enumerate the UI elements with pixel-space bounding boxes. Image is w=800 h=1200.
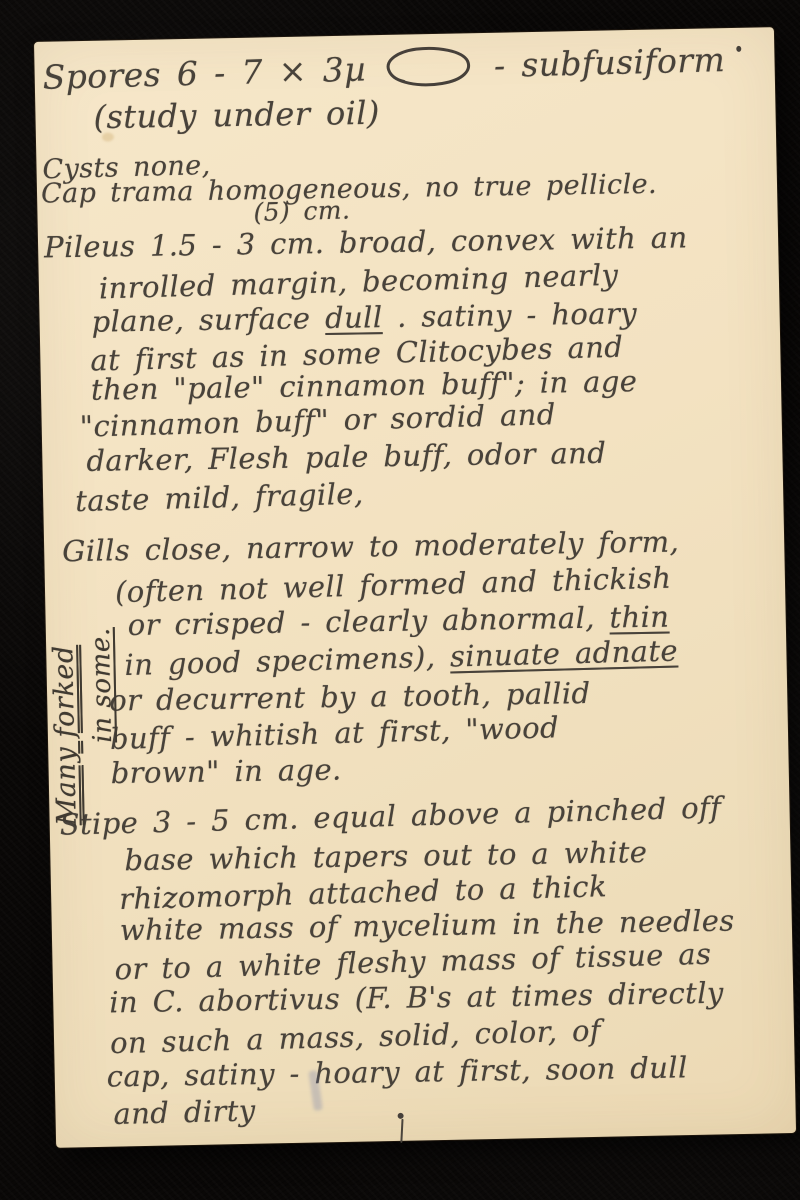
line-text: . satiny - hoary [382, 296, 637, 334]
spore-outline-sketch [379, 42, 480, 91]
handwritten-line: buff - whitish at first, "wood [110, 710, 560, 756]
handwritten-line: then "pale" cinnamon buff"; in age [91, 364, 638, 407]
underlined-word: sinuate adnate [450, 634, 679, 674]
line-text: plane, surface [91, 301, 325, 339]
ink-dot [736, 46, 741, 52]
spore-shape-label: - subfusiform [493, 40, 725, 85]
note-card: Spores 6 - 7 × 3µ - subfusiform (study u… [34, 27, 796, 1148]
scan-background: Spores 6 - 7 × 3µ - subfusiform (study u… [0, 0, 800, 1200]
margin-note-many-forked: Many forked [48, 645, 83, 826]
margin-note-in-some: in some. [86, 627, 118, 743]
handwritten-line: and dirty [113, 1093, 256, 1131]
handwritten-line: (study under oil) [93, 94, 380, 136]
line-text: in good specimens), [124, 639, 450, 682]
underlined-word: dull [325, 300, 383, 335]
pen-mark-stroke [400, 1119, 403, 1143]
handwritten-line: Gills close, narrow to moderately form, [62, 525, 679, 569]
handwritten-line: taste mild, fragile, [75, 477, 364, 519]
handwritten-line: darker, Flesh pale buff, odor and [86, 436, 606, 478]
handwritten-line-spores: Spores 6 - 7 × 3µ - subfusiform [42, 36, 726, 100]
underlined-word: thin [609, 600, 669, 635]
spores-measurement-text: Spores 6 - 7 × 3µ [42, 49, 366, 96]
handwritten-insertion: (5) cm. [253, 195, 351, 227]
handwritten-line: brown" in age. [110, 752, 341, 790]
handwritten-line: Stipe 3 - 5 cm. equal above a pinched of… [59, 790, 721, 841]
line-text: or crisped - clearly abnormal, [127, 600, 609, 642]
card-blemish [102, 132, 114, 141]
